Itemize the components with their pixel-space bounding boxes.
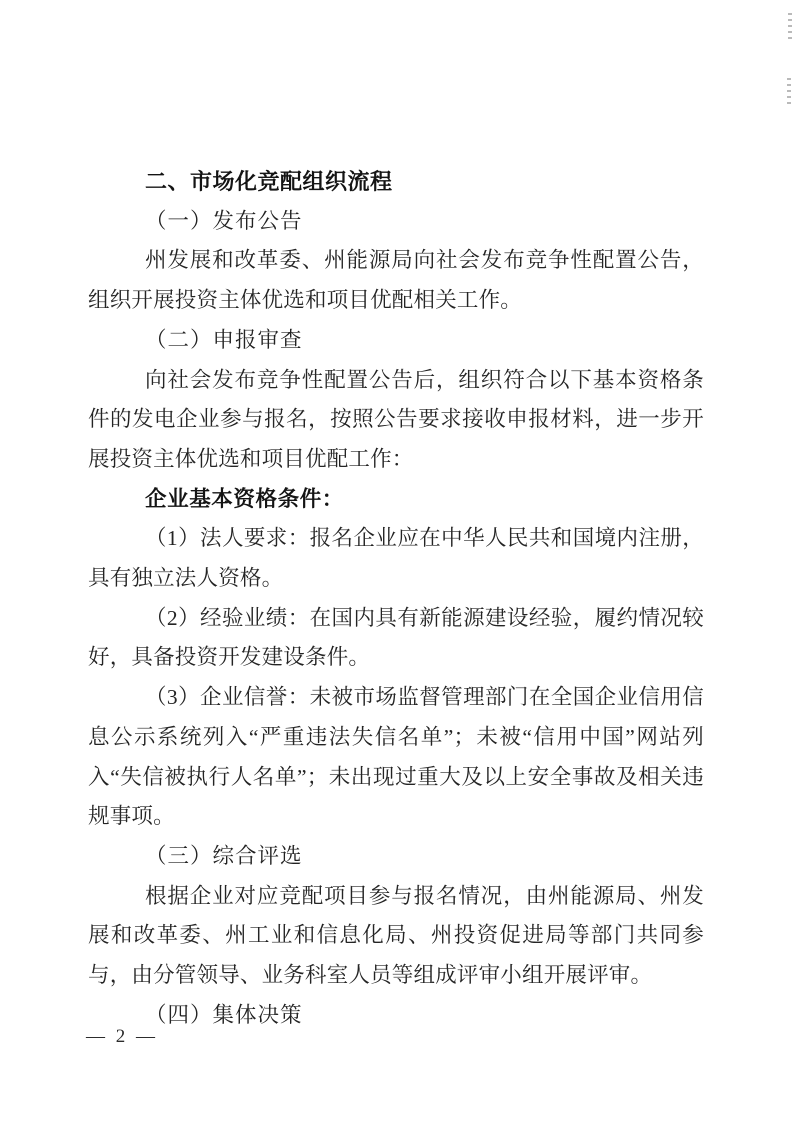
paragraph-announcement: 州发展和改革委、州能源局向社会发布竞争性配置公告，组织开展投资主体优选和项目优配… <box>88 241 704 320</box>
subsection-heading-collective-decision: （四）集体决策 <box>88 996 704 1036</box>
subsection-heading-application-review: （二）申报审查 <box>88 321 704 361</box>
list-item-legal-person: （1）法人要求：报名企业应在中华人民共和国境内注册，具有独立法人资格。 <box>88 519 704 598</box>
scan-artifact-top-right <box>788 13 792 39</box>
emphasis-basic-qualifications: 企业基本资格条件： <box>88 480 704 520</box>
subsection-heading-announcement: （一）发布公告 <box>88 202 704 242</box>
document-body: 二、市场化竞配组织流程 （一）发布公告 州发展和改革委、州能源局向社会发布竞争性… <box>88 162 704 1035</box>
paragraph-comprehensive-selection: 根据企业对应竞配项目参与报名情况，由州能源局、州发展和改革委、州工业和信息化局、… <box>88 877 704 996</box>
page-number: — 2 — <box>86 1026 158 1048</box>
paragraph-application-review: 向社会发布竞争性配置公告后，组织符合以下基本资格条件的发电企业参与报名，按照公告… <box>88 361 704 480</box>
document-page: 二、市场化竞配组织流程 （一）发布公告 州发展和改革委、州能源局向社会发布竞争性… <box>0 0 793 1123</box>
section-heading: 二、市场化竞配组织流程 <box>88 162 704 202</box>
subsection-heading-comprehensive-selection: （三）综合评选 <box>88 837 704 877</box>
list-item-experience: （2）经验业绩：在国内具有新能源建设经验，履约情况较好，具备投资开发建设条件。 <box>88 599 704 678</box>
scan-artifact-right-edge <box>787 78 791 106</box>
list-item-reputation: （3）企业信誉：未被市场监督管理部门在全国企业信用信息公示系统列入“严重违法失信… <box>88 678 704 837</box>
